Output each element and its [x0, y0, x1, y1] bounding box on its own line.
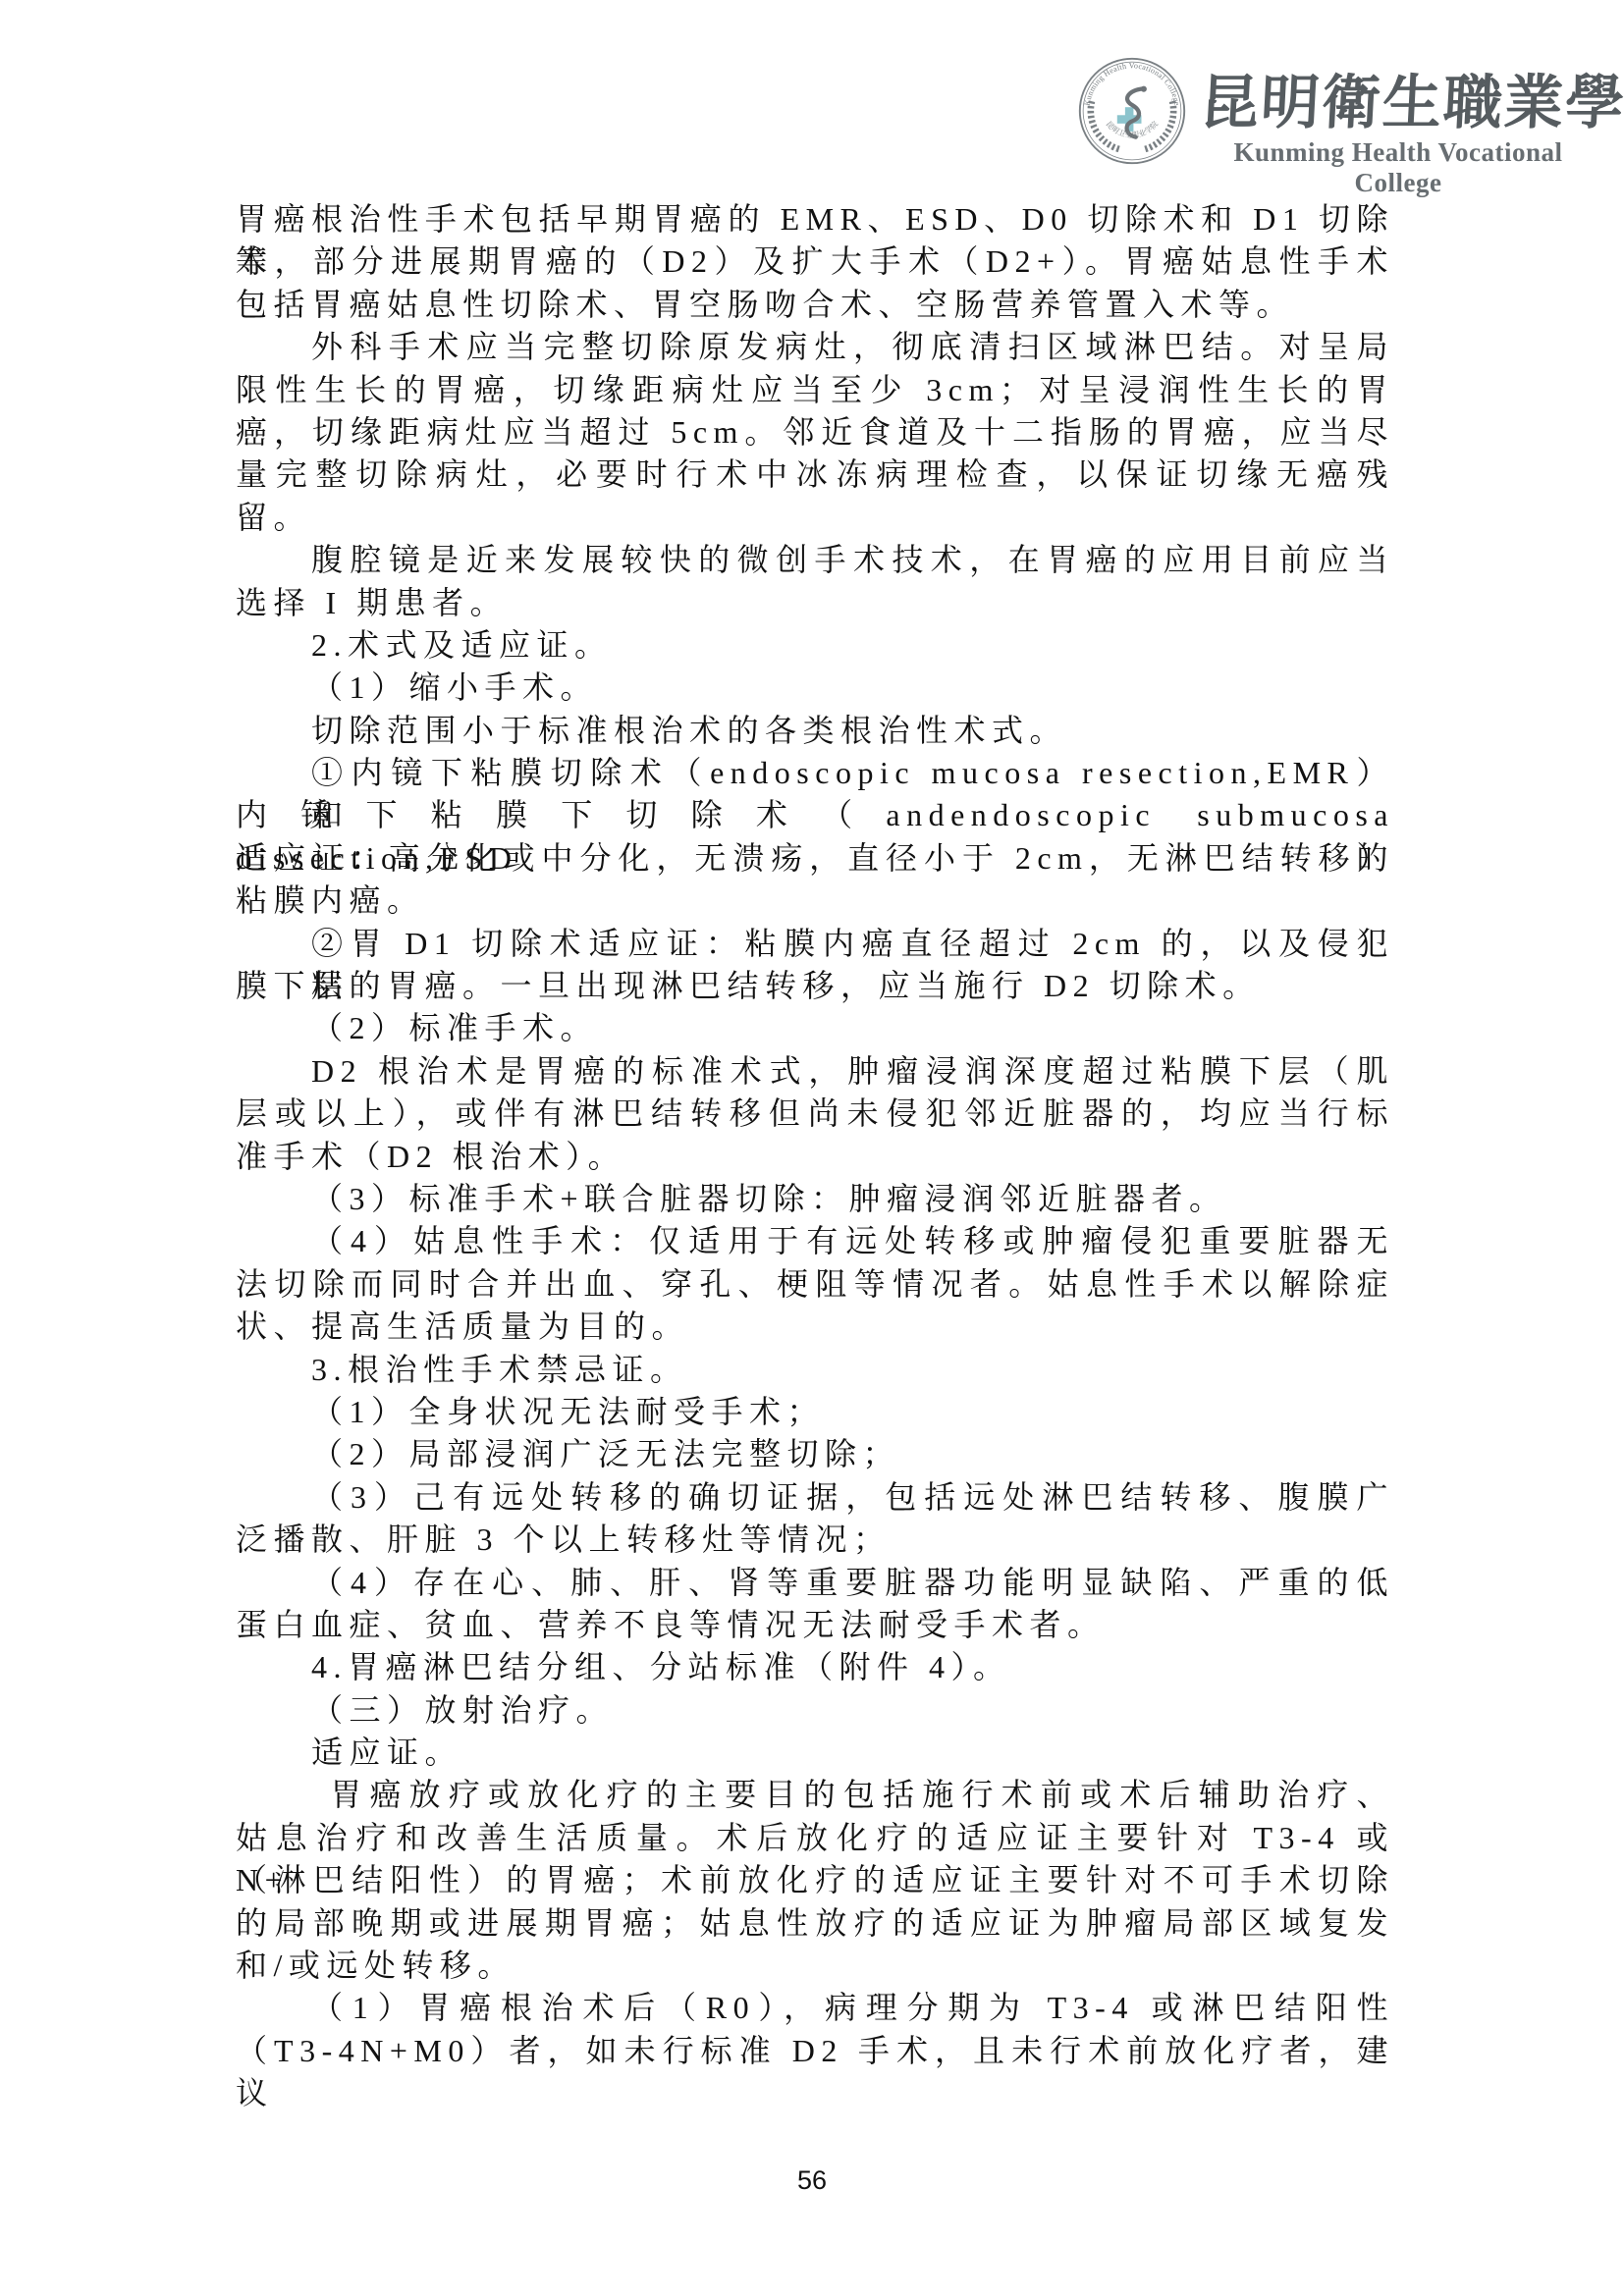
text-line: 留。 [236, 497, 1394, 539]
header: Kunming Health Vocational College 昆明卫生职业… [0, 0, 1624, 187]
text-line: 胃癌放疗或放化疗的主要目的包括施行术前或术后辅助治疗、 [236, 1774, 1394, 1816]
text-line: 法切除而同时合并出血、穿孔、梗阻等情况者。姑息性手术以解除症 [236, 1263, 1394, 1306]
text-line: 适应证：高分化或中分化，无溃疡，直径小于 2cm，无淋巴结转移的 [236, 837, 1394, 880]
text-line: 4.胃癌淋巴结分组、分站标准（附件 4）。 [236, 1646, 1394, 1688]
text-line: 量完整切除病灶，必要时行术中冰冻病理检查，以保证切缘无癌残 [236, 454, 1394, 496]
college-name-english: Kunming Health Vocational College [1196, 137, 1600, 198]
college-emblem-icon: Kunming Health Vocational College 昆明卫生职业… [1076, 55, 1188, 167]
text-line: 胃癌根治性手术包括早期胃癌的 EMR、ESD、D0 切除术和 D1 切除术 [236, 198, 1394, 240]
text-line: （1）缩小手术。 [236, 667, 1394, 709]
text-line: （2）标准手术。 [236, 1007, 1394, 1049]
text-line: D2 根治术是胃癌的标准术式，肿瘤浸润深度超过粘膜下层（肌 [236, 1050, 1394, 1093]
text-line: 限性生长的胃癌，切缘距病灶应当至少 3cm；对呈浸润性生长的胃 [236, 369, 1394, 411]
text-line: 癌，切缘距病灶应当超过 5cm。邻近食道及十二指肠的胃癌，应当尽 [236, 411, 1394, 454]
text-line: （4）存在心、肺、肝、肾等重要脏器功能明显缺陷、严重的低 [236, 1562, 1394, 1604]
text-line: 蛋白血症、贫血、营养不良等情况无法耐受手术者。 [236, 1604, 1394, 1646]
text-line: 粘膜内癌。 [236, 880, 1394, 922]
text-line: 适应证。 [236, 1732, 1394, 1774]
text-line: （T3-4N+M0）者，如未行标准 D2 手术，且未行术前放化疗者，建议 [236, 2030, 1394, 2072]
text-line: 切除范围小于标准根治术的各类根治性术式。 [236, 710, 1394, 752]
text-line: 状、提高生活质量为目的。 [236, 1306, 1394, 1348]
text-line: （三）放射治疗。 [236, 1689, 1394, 1732]
text-line: （1）全身状况无法耐受手术； [236, 1391, 1394, 1433]
svg-text:Kunming Health Vocational Coll: Kunming Health Vocational College [1083, 61, 1182, 106]
text-line: 层或以上），或伴有淋巴结转移但尚未侵犯邻近脏器的，均应当行标 [236, 1093, 1394, 1135]
text-line: （4）姑息性手术：仅适用于有远处转移或肿瘤侵犯重要脏器无 [236, 1220, 1394, 1262]
text-line: 内镜下粘膜下切除术（andendoscopic submucosa dissec… [236, 794, 1394, 836]
document-body: 胃癌根治性手术包括早期胃癌的 EMR、ESD、D0 切除术和 D1 切除术等，部… [236, 198, 1394, 2072]
text-line: （2）局部浸润广泛无法完整切除； [236, 1433, 1394, 1475]
text-line: （1）胃癌根治术后（R0），病理分期为 T3-4 或淋巴结阳性 [236, 1987, 1394, 2029]
text-line: （3）己有远处转移的确切证据，包括远处淋巴结转移、腹膜广 [236, 1476, 1394, 1519]
text-line: （淋巴结阳性）的胃癌；术前放化疗的适应证主要针对不可手术切除 [236, 1859, 1394, 1901]
text-line: 腹腔镜是近来发展较快的微创手术技术，在胃癌的应用目前应当 [236, 539, 1394, 581]
text-line: 3.根治性手术禁忌证。 [236, 1349, 1394, 1391]
text-line: 和/或远处转移。 [236, 1945, 1394, 1987]
text-line: 等，部分进展期胃癌的（D2）及扩大手术（D2+）。胃癌姑息性手术 [236, 240, 1394, 283]
emblem-arc-text-top: Kunming Health Vocational College [1083, 61, 1182, 106]
text-line: 准手术（D2 根治术）。 [236, 1136, 1394, 1178]
text-line: ①内镜下粘膜切除术（endoscopic mucosa resection,EM… [236, 752, 1394, 794]
page-number: 56 [0, 2165, 1624, 2196]
text-line: 膜下层的胃癌。一旦出现淋巴结转移，应当施行 D2 切除术。 [236, 965, 1394, 1007]
emblem-svg: Kunming Health Vocational College 昆明卫生职业… [1076, 55, 1188, 167]
text-line: 姑息治疗和改善生活质量。术后放化疗的适应证主要针对 T3-4 或 N+ [236, 1817, 1394, 1859]
college-name-calligraphy: 昆明衛生職業學院 [1198, 65, 1606, 141]
text-line: 选择 I 期患者。 [236, 582, 1394, 624]
document-page: Kunming Health Vocational College 昆明卫生职业… [0, 0, 1624, 2296]
text-line: 2.术式及适应证。 [236, 624, 1394, 667]
text-line: 外科手术应当完整切除原发病灶，彻底清扫区域淋巴结。对呈局 [236, 326, 1394, 368]
text-line: （3）标准手术+联合脏器切除：肿瘤浸润邻近脏器者。 [236, 1178, 1394, 1220]
text-line: 包括胃癌姑息性切除术、胃空肠吻合术、空肠营养管置入术等。 [236, 284, 1394, 326]
text-line: 的局部晚期或进展期胃癌；姑息性放疗的适应证为肿瘤局部区域复发 [236, 1902, 1394, 1945]
text-line: 泛播散、肝脏 3 个以上转移灶等情况； [236, 1519, 1394, 1561]
text-line: ②胃 D1 切除术适应证：粘膜内癌直径超过 2cm 的，以及侵犯粘 [236, 923, 1394, 965]
